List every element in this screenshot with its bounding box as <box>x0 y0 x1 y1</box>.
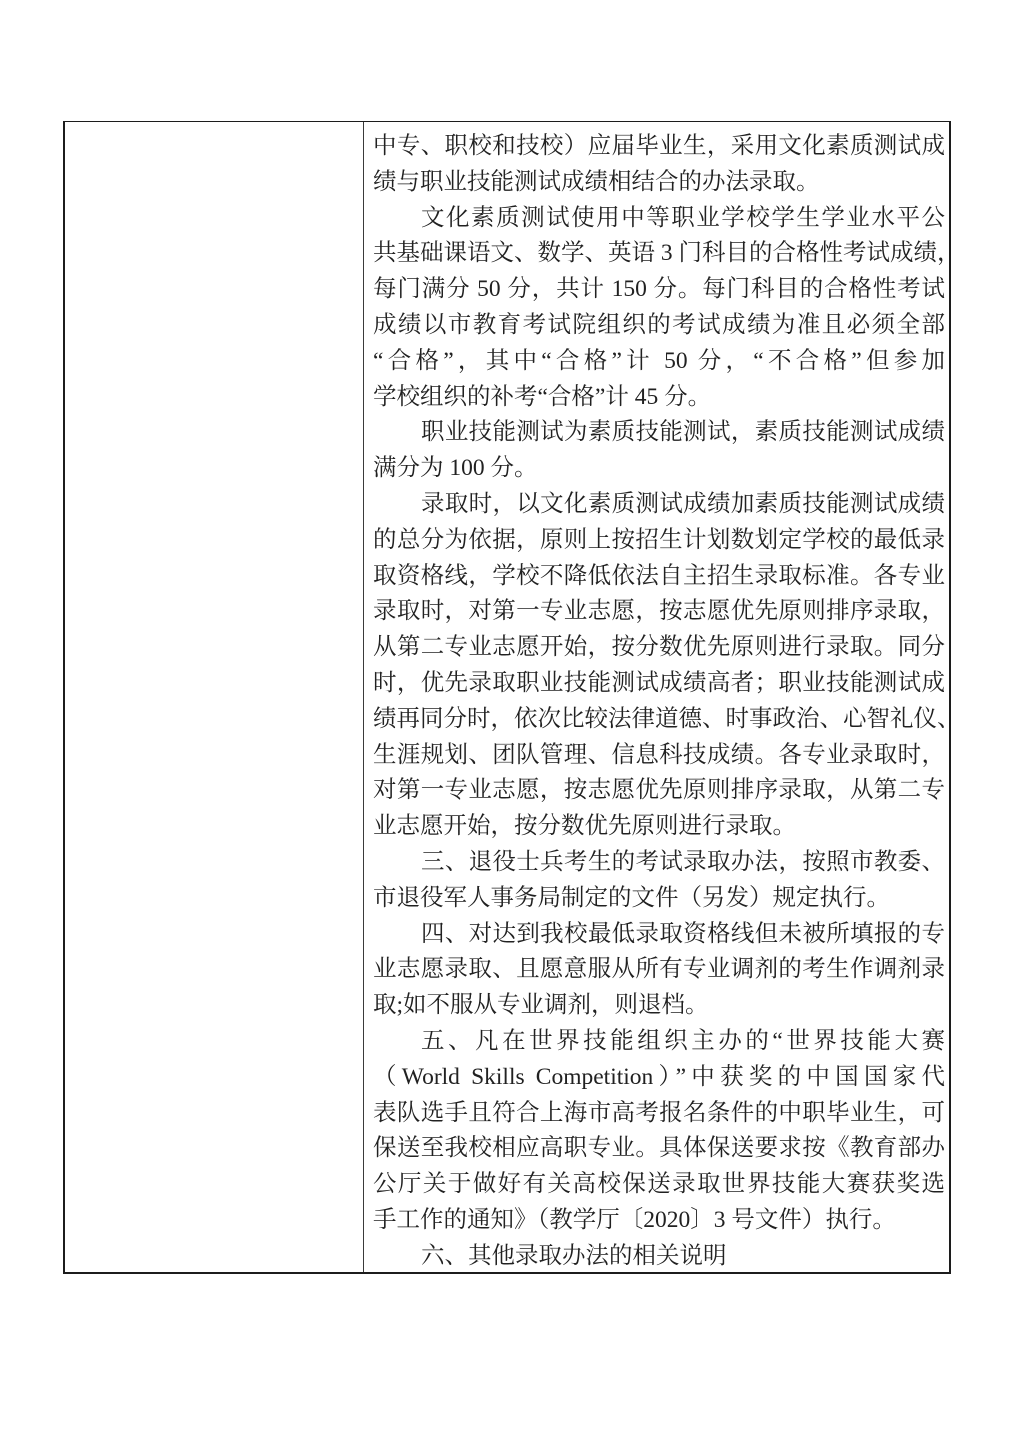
document-page: 中专、职校和技校）应届毕业生，采用文化素质测试成绩与职业技能测试成绩相结合的办法… <box>0 0 1014 1434</box>
text-line: 满分为 100 分。 <box>373 451 945 487</box>
text-line: 保送至我校相应高职专业。具体保送要求按《教育部办 <box>373 1131 945 1167</box>
text-line: 绩与职业技能测试成绩相结合的办法录取。 <box>373 165 945 201</box>
text-line: 五、凡在世界技能组织主办的“世界技能大赛 <box>373 1024 945 1060</box>
text-line: 三、退役士兵考生的考试录取办法，按照市教委、 <box>373 845 945 881</box>
text-line: 绩再同分时，依次比较法律道德、时事政治、心智礼仪、 <box>373 702 945 738</box>
text-line: 学校组织的补考“合格”计 45 分。 <box>373 380 945 416</box>
text-line: 录取时，对第一专业志愿，按志愿优先原则排序录取， <box>373 594 945 630</box>
text-line: 公厅关于做好有关高校保送录取世界技能大赛获奖选 <box>373 1167 945 1203</box>
text-line: 共基础课语文、数学、英语 3 门科目的合格性考试成绩， <box>373 236 945 272</box>
text-line: 每门满分 50 分，共计 150 分。每门科目的合格性考试 <box>373 272 945 308</box>
text-line: 取资格线，学校不降低依法自主招生录取标准。各专业 <box>373 559 945 595</box>
table-left-cell <box>65 122 364 1272</box>
text-line: 业志愿开始，按分数优先原则进行录取。 <box>373 809 945 845</box>
text-line: 中专、职校和技校）应届毕业生，采用文化素质测试成 <box>373 129 945 165</box>
text-line: 市退役军人事务局制定的文件（另发）规定执行。 <box>373 881 945 917</box>
text-line: 表队选手且符合上海市高考报名条件的中职毕业生，可 <box>373 1096 945 1132</box>
text-line: 成绩以市教育考试院组织的考试成绩为准且必须全部 <box>373 308 945 344</box>
text-line: 四、对达到我校最低录取资格线但未被所填报的专 <box>373 917 945 953</box>
text-line: 文化素质测试使用中等职业学校学生学业水平公 <box>373 201 945 237</box>
admission-rules-text: 中专、职校和技校）应届毕业生，采用文化素质测试成绩与职业技能测试成绩相结合的办法… <box>373 129 945 1272</box>
text-line: 业志愿录取、且愿意服从所有专业调剂的考生作调剂录 <box>373 952 945 988</box>
text-line: 录取时，以文化素质测试成绩加素质技能测试成绩 <box>373 487 945 523</box>
text-line: 六、其他录取办法的相关说明 <box>373 1239 945 1272</box>
text-line: 职业技能测试为素质技能测试，素质技能测试成绩 <box>373 415 945 451</box>
table-right-cell: 中专、职校和技校）应届毕业生，采用文化素质测试成绩与职业技能测试成绩相结合的办法… <box>364 122 949 1272</box>
text-line: 手工作的通知》（教学厅〔2020〕3 号文件）执行。 <box>373 1203 945 1239</box>
text-line: 的总分为依据，原则上按招生计划数划定学校的最低录 <box>373 523 945 559</box>
text-line: 对第一专业志愿，按志愿优先原则排序录取，从第二专 <box>373 773 945 809</box>
text-line: 取;如不服从专业调剂，则退档。 <box>373 988 945 1024</box>
admission-rules-table: 中专、职校和技校）应届毕业生，采用文化素质测试成绩与职业技能测试成绩相结合的办法… <box>63 121 951 1274</box>
text-line: 从第二专业志愿开始，按分数优先原则进行录取。同分 <box>373 630 945 666</box>
text-line: 生涯规划、团队管理、信息科技成绩。各专业录取时， <box>373 738 945 774</box>
text-line: “合格”，其中“合格”计 50 分，“不合格”但参加 <box>373 344 945 380</box>
text-line: 时，优先录取职业技能测试成绩高者；职业技能测试成 <box>373 666 945 702</box>
text-line: （World Skills Competition）”中获奖的中国国家代 <box>373 1060 945 1096</box>
